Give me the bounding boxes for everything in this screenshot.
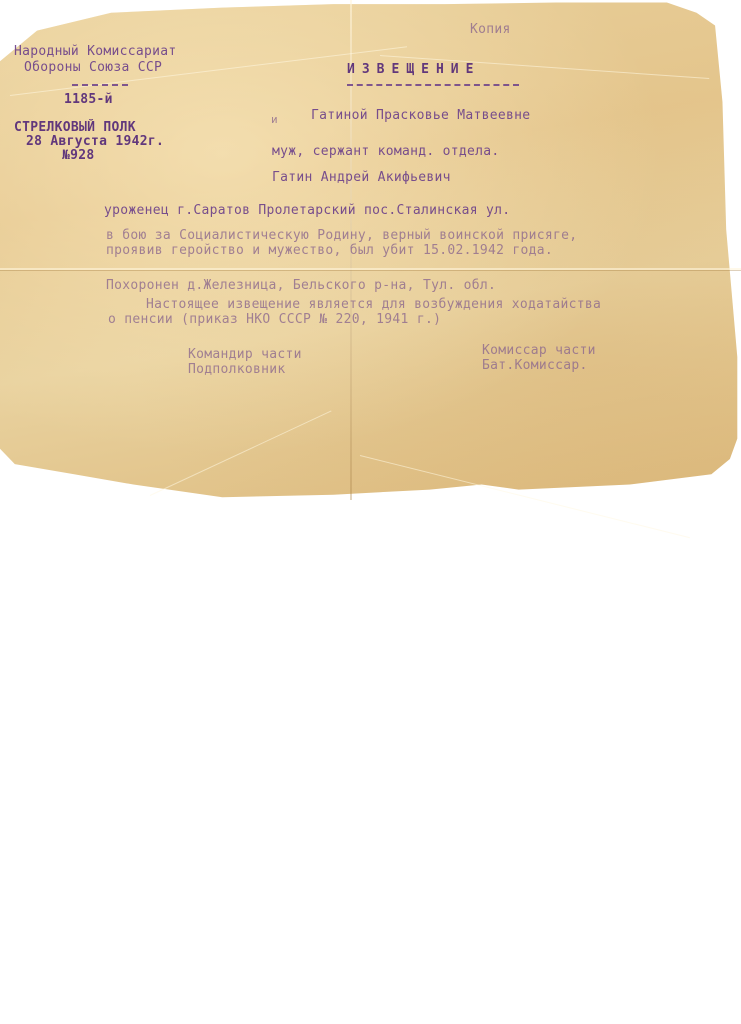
- signature-left-rank: Подполковник: [188, 362, 286, 377]
- signature-left-title: Командир части: [188, 347, 302, 362]
- relation-line: муж, сержант команд. отдела.: [272, 144, 500, 159]
- recipient-prefix: и: [271, 113, 278, 126]
- body-line-1: в бою за Социалистическую Родину, верный…: [106, 228, 577, 243]
- body-line-2: проявив геройство и мужество, был убит 1…: [106, 243, 553, 258]
- paper-fold-horizontal: [0, 268, 741, 270]
- notice-line-1: Настоящее извещение является для возбужд…: [146, 297, 601, 312]
- document-title: ИЗВЕЩЕНИЕ: [347, 62, 480, 77]
- soldier-name: Гатин Андрей Акифьевич: [272, 170, 451, 185]
- birthplace-line: уроженец г.Саратов Пролетарский пос.Стал…: [104, 203, 510, 218]
- recipient-name: Гатиной Прасковье Матвеевне: [311, 108, 530, 123]
- header-commissariat-line2: Обороны Союза ССР: [24, 60, 162, 75]
- copy-mark: Копия: [470, 22, 511, 37]
- header-divider: [72, 84, 128, 86]
- signature-right-title: Комиссар части: [482, 343, 596, 358]
- document-date: 28 Августа 1942г.: [26, 134, 164, 149]
- unit-type: СТРЕЛКОВЫЙ ПОЛК: [14, 120, 136, 135]
- unit-number: 1185-й: [64, 92, 113, 107]
- title-underline: [347, 84, 519, 86]
- notice-line-2: о пенсии (приказ НКО СССР № 220, 1941 г.…: [108, 312, 441, 327]
- burial-line: Похоронен д.Железница, Бельского р-на, Т…: [106, 278, 496, 293]
- header-commissariat-line1: Народный Комиссариат: [14, 44, 177, 59]
- document-number: №928: [62, 148, 95, 163]
- signature-right-rank: Бат.Комиссар.: [482, 358, 588, 373]
